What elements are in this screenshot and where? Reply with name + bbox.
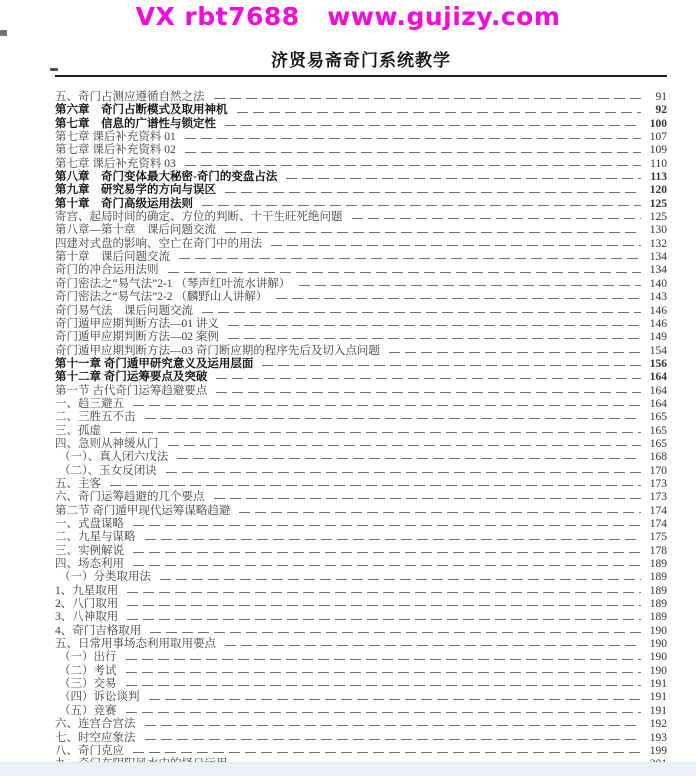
leader-line [145,539,642,540]
toc-page-number: 130 [643,224,667,237]
toc-row: 第八章 奇门变体最大秘密-奇门的变盘占法113 [55,171,667,184]
leader-line [133,552,641,553]
watermark-header: VX rbt7688 www.gujizy.com [0,0,696,31]
leader-line [127,619,641,620]
toc-page-number: 120 [643,184,667,197]
leader-line [145,739,642,740]
toc-entry-label: 第七章 课后补充资料 01 [55,131,176,144]
toc-entry-label: 第七章 课后补充资料 02 [55,144,176,157]
toc-page-number: 140 [643,278,667,291]
toc-entry-label: 3、八神取用 [55,611,118,624]
toc-page-number: 154 [643,345,667,358]
toc-entry-label: 二、三胜五不击 [55,411,136,424]
toc-entry-label: 第十一章 奇门遁甲研究意义及运用层面 [55,358,253,371]
leader-line [185,165,641,166]
toc-page-number: 132 [643,238,667,251]
leader-line [389,352,641,353]
leader-line [216,392,641,393]
scan-artifact [50,68,58,71]
leader-line [168,272,642,273]
toc-page-number: 189 [643,611,667,624]
leader-line [185,138,641,139]
toc-page-number: 92 [643,104,667,117]
leader-line [214,98,642,99]
leader-line [276,298,641,299]
toc-entry-label: 第十二章 奇门运筹要点及突破 [55,371,207,384]
toc-row: 第七章 课后补充资料 02109 [55,144,667,157]
scanned-document-screenshot: { "header": { "watermark": "VX rbt7688 w… [0,0,696,776]
toc-page-number: 146 [643,318,667,331]
toc-entry-label: 六、奇门运筹趋避的几个要点 [55,491,205,504]
leader-line [228,325,641,326]
leader-line [145,725,642,726]
toc-row: 第十二章 奇门运筹要点及突破164 [55,371,667,384]
toc-row: 五、主客173 [55,478,667,491]
leader-line [110,432,641,433]
toc-entry-label: 五、主客 [55,478,101,491]
leader-line [202,312,641,313]
toc-row: 七、时空应象法193 [55,732,667,745]
page-title: 济贤易斋奇门系统教学 [55,51,667,70]
leader-line [160,579,641,580]
toc-row: （二）考试190 [55,665,667,678]
toc-page-number: 192 [643,718,667,731]
toc-page-number: 134 [643,251,667,264]
toc-row: 六、连宫合宫法192 [55,718,667,731]
toc-row: 二、三胜五不击165 [55,411,667,424]
leader-line [110,485,641,486]
toc-entry-label: （五）竞赛 [55,705,117,718]
toc-entry-label: （三）交易 [55,678,117,691]
toc-entry-label: 第七章 课后补充资料 03 [55,158,176,171]
toc-page-number: 100 [643,118,667,131]
toc-row: 二、九星与谋略175 [55,531,667,544]
toc-page-number: 170 [643,465,667,478]
toc-row: 奇门遁甲应期判断方法—01 讲义146 [55,318,667,331]
toc-entry-label: 三、实例解说 [55,545,124,558]
toc-page-number: 109 [643,144,667,157]
toc-row: 一、趋三避五164 [55,398,667,411]
toc-page-number: 125 [643,198,667,211]
leader-line [126,672,642,673]
toc-row: 奇门的冲合运用法则134 [55,264,667,277]
toc-entry-label: 奇门遁甲应期判断方法—01 讲义 [55,318,219,331]
toc-page-number: 107 [643,131,667,144]
leader-line [299,285,641,286]
toc-page-number: 189 [643,585,667,598]
toc-entry-label: 奇门易气法 课后问题交流 [55,305,193,318]
leader-line [185,152,641,153]
toc-page-number: 174 [643,505,667,518]
toc-row: 四、急则从神缓从门165 [55,438,667,451]
toc-row: 4、奇门吉格取用190 [55,625,667,638]
toc-page-number: 191 [643,705,667,718]
toc-entry-label: 三、孤虚 [55,425,101,438]
toc-entry-label: 第七章 信息的广谱性与锁定性 [55,118,216,131]
leader-line [126,685,642,686]
leader-line [179,258,641,259]
toc-entry-label: 寄宫、起局时间的确定、方位的判断、十干生旺死绝问题 [55,211,343,224]
toc-row: 四、场态利用189 [55,558,667,571]
toc-row: 四建对式盘的影响、空亡在奇门中的用法132 [55,238,667,251]
leader-line [216,378,641,379]
toc-entry-label: 一、式盘谋略 [55,518,124,531]
toc-entry-label: 七、时空应象法 [55,732,136,745]
toc-page-number: 156 [643,358,667,371]
toc-entry-label: 1、九星取用 [55,585,118,598]
leader-line [127,592,641,593]
toc-row: 第二节 奇门遁甲现代运筹谋略趋避174 [55,505,667,518]
toc-page-number: 134 [643,264,667,277]
leader-line [177,458,641,459]
toc-row: 3、八神取用189 [55,611,667,624]
toc-page-number: 164 [643,398,667,411]
leader-line [225,192,641,193]
toc-page-number: 191 [643,691,667,704]
leader-line [133,405,641,406]
toc-entry-label: 第十章 奇门高级运用法则 [55,198,193,211]
toc-entry-label: 第一节 古代奇门运筹趋避要点 [55,385,207,398]
toc-page-number: 149 [643,331,667,344]
leader-line [225,125,641,126]
toc-row: 奇门易气法 课后问题交流146 [55,305,667,318]
toc-page-number: 165 [643,425,667,438]
toc-entry-label: （一）出行 [55,651,117,664]
toc-page-number: 164 [643,371,667,384]
toc-page-number: 193 [643,732,667,745]
leader-line [145,418,642,419]
toc-entry-label: 第十章 课后问题交流 [55,251,170,264]
leader-line [225,232,641,233]
page-bottom-edge [0,762,696,776]
toc-row: 奇门密法之“易气法”2-1 （琴声红叶流水讲解）140 [55,278,667,291]
toc-entry-label: 四、急则从神缓从门 [55,438,159,451]
toc-entry-label: 六、连宫合宫法 [55,718,136,731]
toc-row: （一）、真人闭六戊法168 [55,451,667,464]
toc-row: 寄宫、起局时间的确定、方位的判断、十干生旺死绝问题125 [55,211,667,224]
toc-entry-label: 2、八门取用 [55,598,118,611]
toc-row: 五、奇门占测应遵循自然之法91 [55,91,667,104]
toc-row: 第九章 研究易学的方向与误区120 [55,184,667,197]
leader-line [150,632,641,633]
toc-page-number: 175 [643,531,667,544]
toc-row: 第十一章 奇门遁甲研究意义及运用层面156 [55,358,667,371]
toc-page-number: 143 [643,291,667,304]
toc-page-number: 199 [643,745,667,758]
document-page: 济贤易斋奇门系统教学 五、奇门占测应遵循自然之法91第六章 奇门占断模式及取用神… [55,51,667,772]
toc-row: 六、奇门运筹趋避的几个要点173 [55,491,667,504]
leader-line [237,112,642,113]
toc-row: 三、实例解说178 [55,545,667,558]
leader-line [133,525,641,526]
toc-page-number: 190 [643,651,667,664]
toc-entry-label: 五、日常用事场态利用取用要点 [55,638,216,651]
toc-entry-label: 奇门遁甲应期判断方法—03 奇门断应期的程序先后及切入点问题 [55,345,380,358]
toc-page-number: 91 [643,91,667,104]
leader-line [225,645,641,646]
leader-line [286,178,641,179]
leader-line [168,445,642,446]
toc-entry-label: 4、奇门吉格取用 [55,625,141,638]
toc-entry-label: 八、奇门克应 [55,745,124,758]
toc-row: 三、孤虚165 [55,425,667,438]
toc-page-number: 165 [643,411,667,424]
toc-row: 2、八门取用189 [55,598,667,611]
scan-artifact [0,30,7,36]
toc-page-number: 189 [643,571,667,584]
toc-page-number: 110 [643,158,667,171]
toc-entry-label: （一）、真人闭六戊法 [55,451,168,464]
toc-row: 第一节 古代奇门运筹趋避要点164 [55,385,667,398]
toc-row: （三）交易191 [55,678,667,691]
toc-page-number: 189 [643,558,667,571]
toc-entry-label: 四、场态利用 [55,558,124,571]
leader-line [239,512,641,513]
toc-row: （四）诉讼谈判191 [55,691,667,704]
toc-row: 1、九星取用189 [55,585,667,598]
table-of-contents: 五、奇门占测应遵循自然之法91第六章 奇门占断模式及取用神机92第七章 信息的广… [55,91,667,772]
toc-entry-label: （四）诉讼谈判 [55,691,140,704]
toc-entry-label: 五、奇门占测应遵循自然之法 [55,91,205,104]
leader-line [214,498,642,499]
toc-row: （一）分类取用法189 [55,571,667,584]
leader-line [149,699,642,700]
toc-entry-label: （二）考试 [55,665,117,678]
toc-row: （二）、玉女反闭诀170 [55,465,667,478]
leader-line [202,205,641,206]
toc-entry-label: 第八章 奇门变体最大秘密-奇门的变盘占法 [55,171,277,184]
leader-line [127,605,641,606]
toc-row: 第六章 奇门占断模式及取用神机92 [55,104,667,117]
toc-entry-label: 奇门密法之“易气法”2-2 （麟野山人讲解） [55,291,267,304]
toc-entry-label: 第二节 奇门遁甲现代运筹谋略趋避 [55,505,230,518]
toc-row: 第十章 奇门高级运用法则125 [55,198,667,211]
toc-row: 第十章 课后问题交流134 [55,251,667,264]
toc-row: （五）竞赛191 [55,705,667,718]
leader-line [166,472,641,473]
leader-line [271,245,641,246]
toc-page-number: 189 [643,598,667,611]
toc-row: 第七章 信息的广谱性与锁定性100 [55,118,667,131]
toc-page-number: 146 [643,305,667,318]
leader-line [133,752,641,753]
toc-page-number: 191 [643,678,667,691]
toc-entry-label: 奇门密法之“易气法”2-1 （琴声红叶流水讲解） [55,278,290,291]
toc-page-number: 178 [643,545,667,558]
toc-entry-label: 四建对式盘的影响、空亡在奇门中的用法 [55,238,262,251]
toc-row: 一、式盘谋略174 [55,518,667,531]
toc-entry-label: 第六章 奇门占断模式及取用神机 [55,104,228,117]
toc-page-number: 173 [643,491,667,504]
toc-entry-label: （二）、玉女反闭诀 [55,465,157,478]
title-divider [55,75,667,77]
toc-entry-label: 第八章—第十章 课后问题交流 [55,224,216,237]
toc-page-number: 168 [643,451,667,464]
toc-page-number: 190 [643,665,667,678]
leader-line [126,659,642,660]
toc-entry-label: （一）分类取用法 [55,571,151,584]
toc-entry-label: 二、九星与谋略 [55,531,136,544]
toc-entry-label: 一、趋三避五 [55,398,124,411]
toc-row: 第七章 课后补充资料 01107 [55,131,667,144]
leader-line [126,712,642,713]
toc-page-number: 190 [643,625,667,638]
leader-line [228,338,641,339]
leader-line [133,565,641,566]
toc-page-number: 174 [643,518,667,531]
toc-page-number: 113 [643,171,667,184]
toc-row: 五、日常用事场态利用取用要点190 [55,638,667,651]
toc-page-number: 164 [643,385,667,398]
toc-row: 第七章 课后补充资料 03110 [55,158,667,171]
toc-entry-label: 第九章 研究易学的方向与误区 [55,184,216,197]
toc-page-number: 165 [643,438,667,451]
toc-row: 奇门密法之“易气法”2-2 （麟野山人讲解）143 [55,291,667,304]
toc-entry-label: 奇门遁甲应期判断方法—02 案例 [55,331,219,344]
toc-row: 奇门遁甲应期判断方法—02 案例149 [55,331,667,344]
toc-row: 第八章—第十章 课后问题交流130 [55,224,667,237]
toc-page-number: 190 [643,638,667,651]
toc-page-number: 173 [643,478,667,491]
leader-line [352,218,642,219]
toc-entry-label: 奇门的冲合运用法则 [55,264,159,277]
toc-row: 奇门遁甲应期判断方法—03 奇门断应期的程序先后及切入点问题154 [55,345,667,358]
toc-row: 八、奇门克应199 [55,745,667,758]
toc-row: （一）出行190 [55,651,667,664]
leader-line [262,365,641,366]
toc-page-number: 125 [643,211,667,224]
